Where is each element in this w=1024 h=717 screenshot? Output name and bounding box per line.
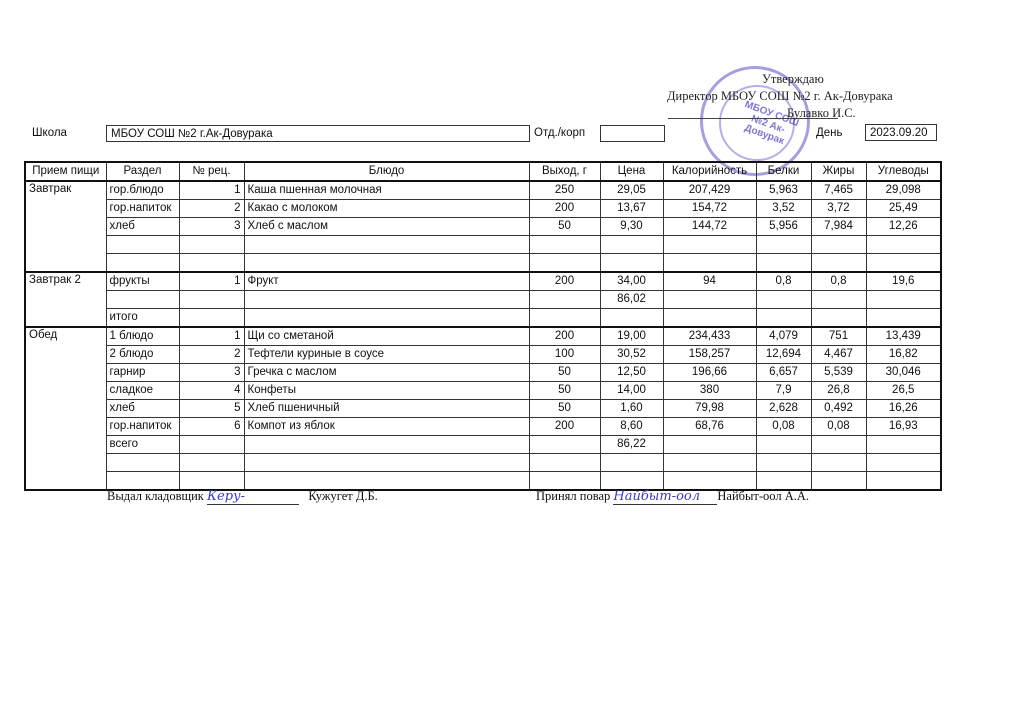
carb-cell [866,436,941,454]
fat-cell [811,309,866,328]
prot-cell: 0,8 [756,272,811,291]
dish-cell: Щи со сметаной [244,327,529,346]
school-label: Школа [32,127,67,139]
rec-cell: 2 [179,200,244,218]
out-cell: 200 [529,272,600,291]
out-cell: 100 [529,346,600,364]
received-signature: Найбыт-оол [613,489,717,505]
rec-cell: 1 [179,327,244,346]
approval-position: Директор МБОУ СОШ №2 г. Ак-Довурака [667,89,893,104]
price-cell: 30,52 [600,346,663,364]
rec-cell: 1 [179,272,244,291]
section-cell: фрукты [106,272,179,291]
column-header: № рец. [179,162,244,181]
table-row: Завтрак 2фрукты1Фрукт20034,00940,80,819,… [25,272,941,291]
fat-cell: 7,984 [811,218,866,236]
price-cell [600,236,663,254]
kcal-cell: 154,72 [663,200,756,218]
section-cell [106,472,179,491]
table-row: хлеб5Хлеб пшеничный501,6079,982,6280,492… [25,400,941,418]
carb-cell [866,472,941,491]
kcal-cell: 68,76 [663,418,756,436]
carb-cell [866,236,941,254]
carb-cell [866,309,941,328]
price-cell [600,254,663,273]
carb-cell: 25,49 [866,200,941,218]
kcal-cell [663,454,756,472]
price-cell: 9,30 [600,218,663,236]
out-cell: 50 [529,364,600,382]
table-header-row: Прием пищиРаздел№ рец.БлюдоВыход, гЦенаК… [25,162,941,181]
section-cell: 2 блюдо [106,346,179,364]
out-cell: 50 [529,382,600,400]
rec-cell [179,309,244,328]
kcal-cell [663,291,756,309]
dish-cell: Хлеб с маслом [244,218,529,236]
menu-table: Прием пищиРаздел№ рец.БлюдоВыход, гЦенаК… [24,161,942,491]
dish-cell [244,436,529,454]
out-cell [529,291,600,309]
prot-cell [756,309,811,328]
fat-cell: 4,467 [811,346,866,364]
price-cell: 12,50 [600,364,663,382]
day-field[interactable]: 2023.09.20 [865,124,937,141]
dish-cell: Тефтели куриные в соусе [244,346,529,364]
column-header: Белки [756,162,811,181]
fat-cell [811,454,866,472]
out-cell [529,254,600,273]
carb-cell [866,254,941,273]
rec-cell: 3 [179,364,244,382]
issued-by: Выдал кладовщик Керу- Кужугет Д.Б. [107,489,378,505]
section-cell: хлеб [106,218,179,236]
fat-cell [811,254,866,273]
fat-cell: 0,08 [811,418,866,436]
fat-cell: 751 [811,327,866,346]
dish-cell [244,254,529,273]
column-header: Блюдо [244,162,529,181]
meal-cell: Завтрак [25,181,106,272]
fat-cell [811,436,866,454]
fat-cell: 0,8 [811,272,866,291]
prot-cell [756,291,811,309]
rec-cell: 5 [179,400,244,418]
column-header: Прием пищи [25,162,106,181]
price-cell: 13,67 [600,200,663,218]
kcal-cell: 144,72 [663,218,756,236]
dish-cell [244,454,529,472]
table-row: 86,02 [25,291,941,309]
rec-cell [179,472,244,491]
table-row [25,472,941,491]
table-row [25,236,941,254]
column-header: Жиры [811,162,866,181]
issued-signature: Керу- [207,489,299,505]
out-cell [529,472,600,491]
table-row: Обед1 блюдо1Щи со сметаной20019,00234,43… [25,327,941,346]
column-header: Углеводы [866,162,941,181]
meal-cell: Завтрак 2 [25,272,106,327]
received-name: Найбыт-оол А.А. [717,489,809,503]
section-cell: хлеб [106,400,179,418]
prot-cell: 4,079 [756,327,811,346]
received-label: Принял повар [536,489,610,503]
prot-cell: 5,956 [756,218,811,236]
prot-cell: 5,963 [756,181,811,200]
rec-cell [179,254,244,273]
fat-cell [811,291,866,309]
table-row: итого [25,309,941,328]
section-cell: гор.блюдо [106,181,179,200]
section-cell: гор.напиток [106,418,179,436]
kcal-cell: 79,98 [663,400,756,418]
fat-cell: 7,465 [811,181,866,200]
price-cell: 19,00 [600,327,663,346]
issued-label: Выдал кладовщик [107,489,204,503]
price-cell [600,309,663,328]
prot-cell [756,254,811,273]
table-row: гарнир3Гречка с маслом5012,50196,666,657… [25,364,941,382]
kcal-cell [663,236,756,254]
carb-cell: 16,26 [866,400,941,418]
prot-cell: 0,08 [756,418,811,436]
carb-cell: 29,098 [866,181,941,200]
section-cell [106,254,179,273]
kcal-cell: 158,257 [663,346,756,364]
dish-cell: Каша пшенная молочная [244,181,529,200]
section-cell: 1 блюдо [106,327,179,346]
prot-cell [756,454,811,472]
section-cell: всего [106,436,179,454]
prot-cell: 12,694 [756,346,811,364]
rec-cell: 3 [179,218,244,236]
section-cell [106,291,179,309]
out-cell: 200 [529,327,600,346]
rec-cell [179,454,244,472]
table-row: 2 блюдо2Тефтели куриные в соусе10030,521… [25,346,941,364]
price-cell: 34,00 [600,272,663,291]
price-cell: 8,60 [600,418,663,436]
dish-cell: Компот из яблок [244,418,529,436]
rec-cell: 2 [179,346,244,364]
price-cell [600,472,663,491]
out-cell: 50 [529,218,600,236]
price-cell: 86,22 [600,436,663,454]
dish-cell: Фрукт [244,272,529,291]
column-header: Цена [600,162,663,181]
kcal-cell [663,472,756,491]
kcal-cell: 196,66 [663,364,756,382]
carb-cell [866,454,941,472]
kcal-cell: 94 [663,272,756,291]
school-field[interactable]: МБОУ СОШ №2 г.Ак-Довурака [106,125,530,142]
table-row [25,454,941,472]
out-cell: 200 [529,200,600,218]
kcal-cell: 234,433 [663,327,756,346]
fat-cell: 5,539 [811,364,866,382]
carb-cell: 16,93 [866,418,941,436]
column-header: Выход, г [529,162,600,181]
kcal-cell [663,254,756,273]
prot-cell: 2,628 [756,400,811,418]
prot-cell [756,236,811,254]
dish-cell [244,472,529,491]
carb-cell: 30,046 [866,364,941,382]
section-cell: итого [106,309,179,328]
dept-label: Отд./корп [534,127,585,139]
out-cell: 250 [529,181,600,200]
day-label: День [816,127,843,139]
table-row: хлеб3Хлеб с маслом509,30144,725,9567,984… [25,218,941,236]
table-row: Завтракгор.блюдо1Каша пшенная молочная25… [25,181,941,200]
carb-cell: 12,26 [866,218,941,236]
kcal-cell: 380 [663,382,756,400]
rec-cell [179,436,244,454]
out-cell [529,436,600,454]
table-row: гор.напиток2Какао с молоком20013,67154,7… [25,200,941,218]
out-cell: 50 [529,400,600,418]
table-row: гор.напиток6Компот из яблок2008,6068,760… [25,418,941,436]
column-header: Калорийность [663,162,756,181]
section-cell [106,454,179,472]
dish-cell: Какао с молоком [244,200,529,218]
price-cell: 86,02 [600,291,663,309]
carb-cell: 13,439 [866,327,941,346]
rec-cell: 6 [179,418,244,436]
prot-cell [756,472,811,491]
meal-cell: Обед [25,327,106,490]
table-row: всего86,22 [25,436,941,454]
column-header: Раздел [106,162,179,181]
out-cell [529,236,600,254]
carb-cell: 19,6 [866,272,941,291]
kcal-cell: 207,429 [663,181,756,200]
section-cell: гор.напиток [106,200,179,218]
dish-cell [244,236,529,254]
approval-title: Утверждаю [762,72,824,87]
price-cell [600,454,663,472]
carb-cell: 26,5 [866,382,941,400]
carb-cell: 16,82 [866,346,941,364]
dept-field[interactable] [600,125,665,142]
price-cell: 14,00 [600,382,663,400]
out-cell [529,309,600,328]
prot-cell: 6,657 [756,364,811,382]
prot-cell [756,436,811,454]
rec-cell: 4 [179,382,244,400]
approval-name: Булавко И.С. [787,106,856,121]
fat-cell [811,236,866,254]
table-row: сладкое4Конфеты5014,003807,926,826,5 [25,382,941,400]
rec-cell: 1 [179,181,244,200]
fat-cell [811,472,866,491]
section-cell: сладкое [106,382,179,400]
carb-cell [866,291,941,309]
issued-name: Кужугет Д.Б. [308,489,377,503]
section-cell: гарнир [106,364,179,382]
fat-cell: 26,8 [811,382,866,400]
table-row [25,254,941,273]
dish-cell: Гречка с маслом [244,364,529,382]
price-cell: 1,60 [600,400,663,418]
price-cell: 29,05 [600,181,663,200]
dish-cell [244,309,529,328]
fat-cell: 0,492 [811,400,866,418]
section-cell [106,236,179,254]
received-by: Принял повар Найбыт-оолНайбыт-оол А.А. [536,489,809,505]
prot-cell: 7,9 [756,382,811,400]
dish-cell [244,291,529,309]
kcal-cell [663,309,756,328]
rec-cell [179,236,244,254]
prot-cell: 3,52 [756,200,811,218]
fat-cell: 3,72 [811,200,866,218]
kcal-cell [663,436,756,454]
dish-cell: Хлеб пшеничный [244,400,529,418]
rec-cell [179,291,244,309]
out-cell [529,454,600,472]
dish-cell: Конфеты [244,382,529,400]
out-cell: 200 [529,418,600,436]
